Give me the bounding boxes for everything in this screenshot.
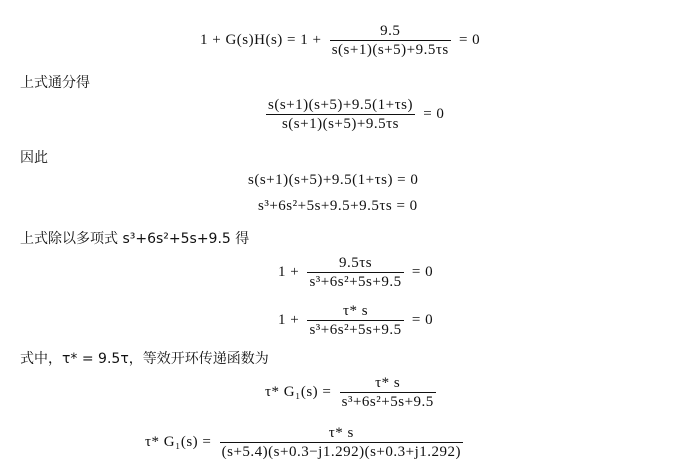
text-therefore: 因此 xyxy=(20,147,48,167)
eq2-fraction: s(s+1)(s+5)+9.5(1+τs)s(s+1)(s+5)+9.5τs xyxy=(266,96,415,133)
eq1-num: 9.5 xyxy=(330,22,451,41)
eq8-lhs: τ* G₁(s) = xyxy=(145,434,216,450)
eq7-lhs: τ* G₁(s) = xyxy=(265,384,336,400)
eq1-fraction: 9.5s(s+1)(s+5)+9.5τs xyxy=(330,22,451,59)
equation-tau-star: 1 + τ* ss³+6s²+5s+9.5 = 0 xyxy=(278,302,433,339)
eq5-fraction: 9.5τss³+6s²+5s+9.5 xyxy=(307,254,403,291)
eq1-rhs: = 0 xyxy=(455,32,480,48)
eq6-rhs: = 0 xyxy=(408,312,433,328)
eq8-fraction: τ* s(s+5.4)(s+0.3−j1.292)(s+0.3+j1.292) xyxy=(220,424,463,461)
text-divide-polynomial: 上式除以多项式 s³+6s²+5s+9.5 得 xyxy=(20,228,249,248)
equation-divided: 1 + 9.5τss³+6s²+5s+9.5 = 0 xyxy=(278,254,433,291)
equation-characteristic: 1 + G(s)H(s) = 1 + 9.5s(s+1)(s+5)+9.5τs … xyxy=(200,22,480,59)
eq5-lhs: 1 + xyxy=(278,264,303,280)
eq6-lhs: 1 + xyxy=(278,312,303,328)
text-equivalent-open-loop: 式中，τ* = 9.5τ，等效开环传递函数为 xyxy=(20,348,269,368)
eq7-den: s³+6s²+5s+9.5 xyxy=(340,393,436,411)
eq6-den: s³+6s²+5s+9.5 xyxy=(307,321,403,339)
eq6-num: τ* s xyxy=(307,302,403,321)
eq1-den: s(s+1)(s+5)+9.5τs xyxy=(330,41,451,59)
text-common-denominator: 上式通分得 xyxy=(20,72,90,92)
equation-expanded: s³+6s²+5s+9.5+9.5τs = 0 xyxy=(258,198,418,215)
eq1-lhs: 1 + G(s)H(s) = 1 + xyxy=(200,32,326,48)
eq6-fraction: τ* ss³+6s²+5s+9.5 xyxy=(307,302,403,339)
eq5-rhs: = 0 xyxy=(408,264,433,280)
equation-open-loop: τ* G₁(s) = τ* ss³+6s²+5s+9.5 xyxy=(265,374,440,411)
equation-numerator: s(s+1)(s+5)+9.5(1+τs) = 0 xyxy=(248,172,418,189)
eq5-den: s³+6s²+5s+9.5 xyxy=(307,273,403,291)
eq2-num: s(s+1)(s+5)+9.5(1+τs) xyxy=(266,96,415,115)
equation-open-loop-factored: τ* G₁(s) = τ* s(s+5.4)(s+0.3−j1.292)(s+0… xyxy=(145,424,467,461)
eq2-rhs: = 0 xyxy=(419,106,444,122)
eq2-den: s(s+1)(s+5)+9.5τs xyxy=(266,115,415,133)
eq7-num: τ* s xyxy=(340,374,436,393)
eq8-den: (s+5.4)(s+0.3−j1.292)(s+0.3+j1.292) xyxy=(220,443,463,461)
eq7-fraction: τ* ss³+6s²+5s+9.5 xyxy=(340,374,436,411)
eq5-num: 9.5τs xyxy=(307,254,403,273)
eq8-num: τ* s xyxy=(220,424,463,443)
equation-common-denominator: s(s+1)(s+5)+9.5(1+τs)s(s+1)(s+5)+9.5τs =… xyxy=(262,96,444,133)
